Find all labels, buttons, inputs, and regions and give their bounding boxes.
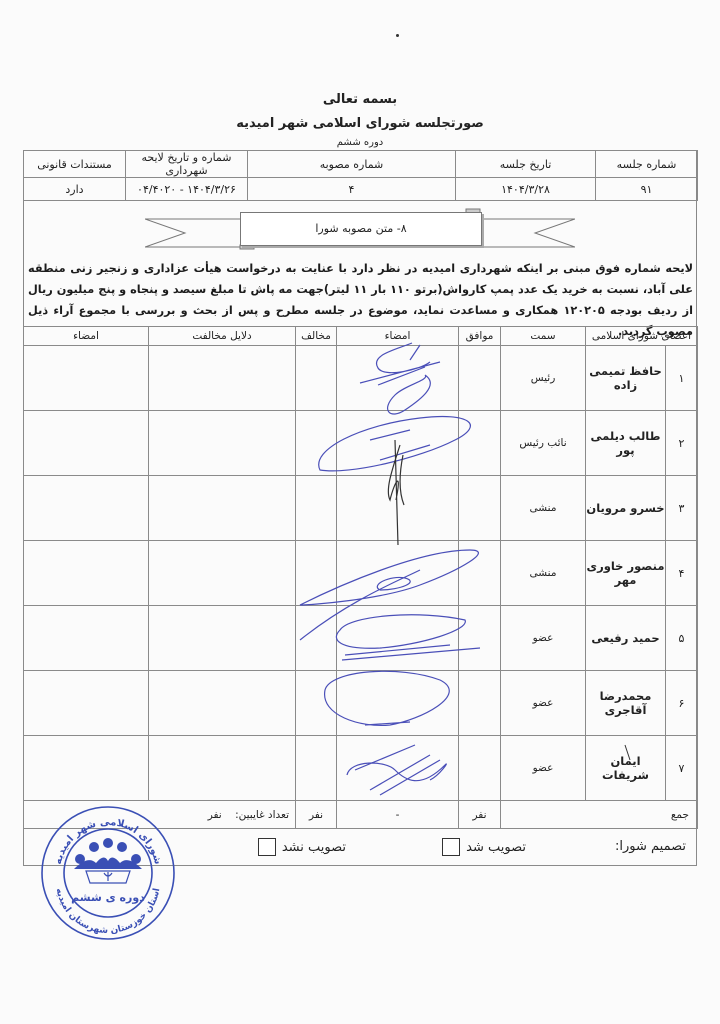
signature-cell [337,411,459,476]
disagree-cell [296,541,337,606]
disagree-cell [296,411,337,476]
disagree-cell [296,476,337,541]
section-banner-label: ۸- متن مصوبه شورا [240,212,482,246]
decision-label: تصمیم شورا: [615,839,686,854]
table-row: ۱ حافظ تمیمی زاده رئیس [24,346,698,411]
rejected-option[interactable]: تصویب نشد [258,838,346,856]
disagree-signature-cell [24,411,149,476]
bill-number-date: ۱۴۰۴/۳/۲۶ - ۰۴/۴۰۲۰ [126,178,248,201]
session-date: ۱۴۰۴/۳/۲۸ [456,178,596,201]
table-row: ۳ خسرو مرویان منشی [24,476,698,541]
table-row: ۲ طالب دیلمی پور نائب رئیس [24,411,698,476]
agree-cell [459,606,501,671]
svg-text:دوره ی ششم: دوره ی ششم [71,891,145,904]
member-role: عضو [501,606,586,671]
member-number: ۷ [666,736,698,801]
member-name: محمدرضا آقاجری [586,671,666,736]
signature-cell [337,606,459,671]
term-label: دوره ششم [0,137,720,148]
absent-unit: نفر [208,809,222,821]
disagree-signature-cell [24,346,149,411]
member-number: ۳ [666,476,698,541]
col-session-number: شماره جلسه [596,151,698,178]
col-members: اعضای شورای اسلامی [586,327,698,346]
approved-label: تصویب شد [466,840,526,855]
agree-cell [459,671,501,736]
ink-dot [396,34,399,37]
member-role: منشی [501,541,586,606]
member-role: عضو [501,671,586,736]
col-resolution-number: شماره مصوبه [248,151,456,178]
rejected-label: تصویب نشد [282,840,346,855]
reasons-cell [149,476,296,541]
member-number: ۲ [666,411,698,476]
table-row: ۴ منصور خاوری مهر منشی [24,541,698,606]
member-role: رئیس [501,346,586,411]
member-number: ۶ [666,671,698,736]
col-agree: موافق [459,327,501,346]
col-legal-basis: مستندات قانونی [24,151,126,178]
member-role: نائب رئیس [501,411,586,476]
disagree-signature-cell [24,541,149,606]
disagree-count: - [337,801,459,829]
agree-cell [459,541,501,606]
reasons-cell [149,736,296,801]
reasons-cell [149,671,296,736]
signature-cell [337,671,459,736]
disagree-cell [296,736,337,801]
reasons-cell [149,346,296,411]
signature-cell [337,476,459,541]
session-info-table: شماره جلسه تاریخ جلسه شماره مصوبه شماره … [23,150,698,201]
member-number: ۵ [666,606,698,671]
table-row: ۷ ایمان شریفات عضو [24,736,698,801]
disagree-cell [296,346,337,411]
col-agree-signature: امضاء [337,327,459,346]
table-row: ۵ حمید رفیعی عضو [24,606,698,671]
session-number: ۹۱ [596,178,698,201]
legal-basis: دارد [24,178,126,201]
member-name: طالب دیلمی پور [586,411,666,476]
section-banner: ۸- متن مصوبه شورا [145,205,575,255]
reasons-cell [149,411,296,476]
agree-cell [459,476,501,541]
disagree-signature-cell [24,476,149,541]
signature-cell [337,346,459,411]
disagree-count-unit: نفر [296,801,337,829]
document-title: صورتجلسه شورای اسلامی شهر امیدیه [0,116,720,131]
col-disagree: مخالف [296,327,337,346]
member-name: ایمان شریفات [586,736,666,801]
col-disagree-signature: امضاء [24,327,149,346]
col-disagree-reasons: دلایل مخالفت [149,327,296,346]
totals-label: جمع [501,801,698,829]
disagree-signature-cell [24,671,149,736]
members-vote-table: اعضای شورای اسلامی سمت موافق امضاء مخالف… [23,326,698,801]
col-session-date: تاریخ جلسه [456,151,596,178]
reasons-cell [149,541,296,606]
approved-option[interactable]: تصویب شد [442,838,526,856]
member-number: ۱ [666,346,698,411]
rejected-checkbox[interactable] [258,838,276,856]
resolution-number: ۴ [248,178,456,201]
member-number: ۴ [666,541,698,606]
approved-checkbox[interactable] [442,838,460,856]
member-name: حافظ تمیمی زاده [586,346,666,411]
invocation: بسمه تعالی [0,92,720,107]
member-role: منشی [501,476,586,541]
agree-cell [459,346,501,411]
agree-count-unit: نفر [459,801,501,829]
reasons-cell [149,606,296,671]
agree-cell [459,736,501,801]
table-row: ۶ محمدرضا آقاجری عضو [24,671,698,736]
disagree-cell [296,671,337,736]
member-role: عضو [501,736,586,801]
council-stamp-icon: شورای اسلامی شهر امیدیه استان خوزستان شه… [38,803,178,943]
member-name: منصور خاوری مهر [586,541,666,606]
disagree-signature-cell [24,606,149,671]
signature-cell [337,736,459,801]
col-bill-number-date: شماره و تاریخ لایحه شهرداری [126,151,248,178]
absent-label: تعداد غایبین: [235,809,289,821]
disagree-cell [296,606,337,671]
agree-cell [459,411,501,476]
signature-cell [337,541,459,606]
member-name: خسرو مرویان [586,476,666,541]
col-role: سمت [501,327,586,346]
member-name: حمید رفیعی [586,606,666,671]
disagree-signature-cell [24,736,149,801]
